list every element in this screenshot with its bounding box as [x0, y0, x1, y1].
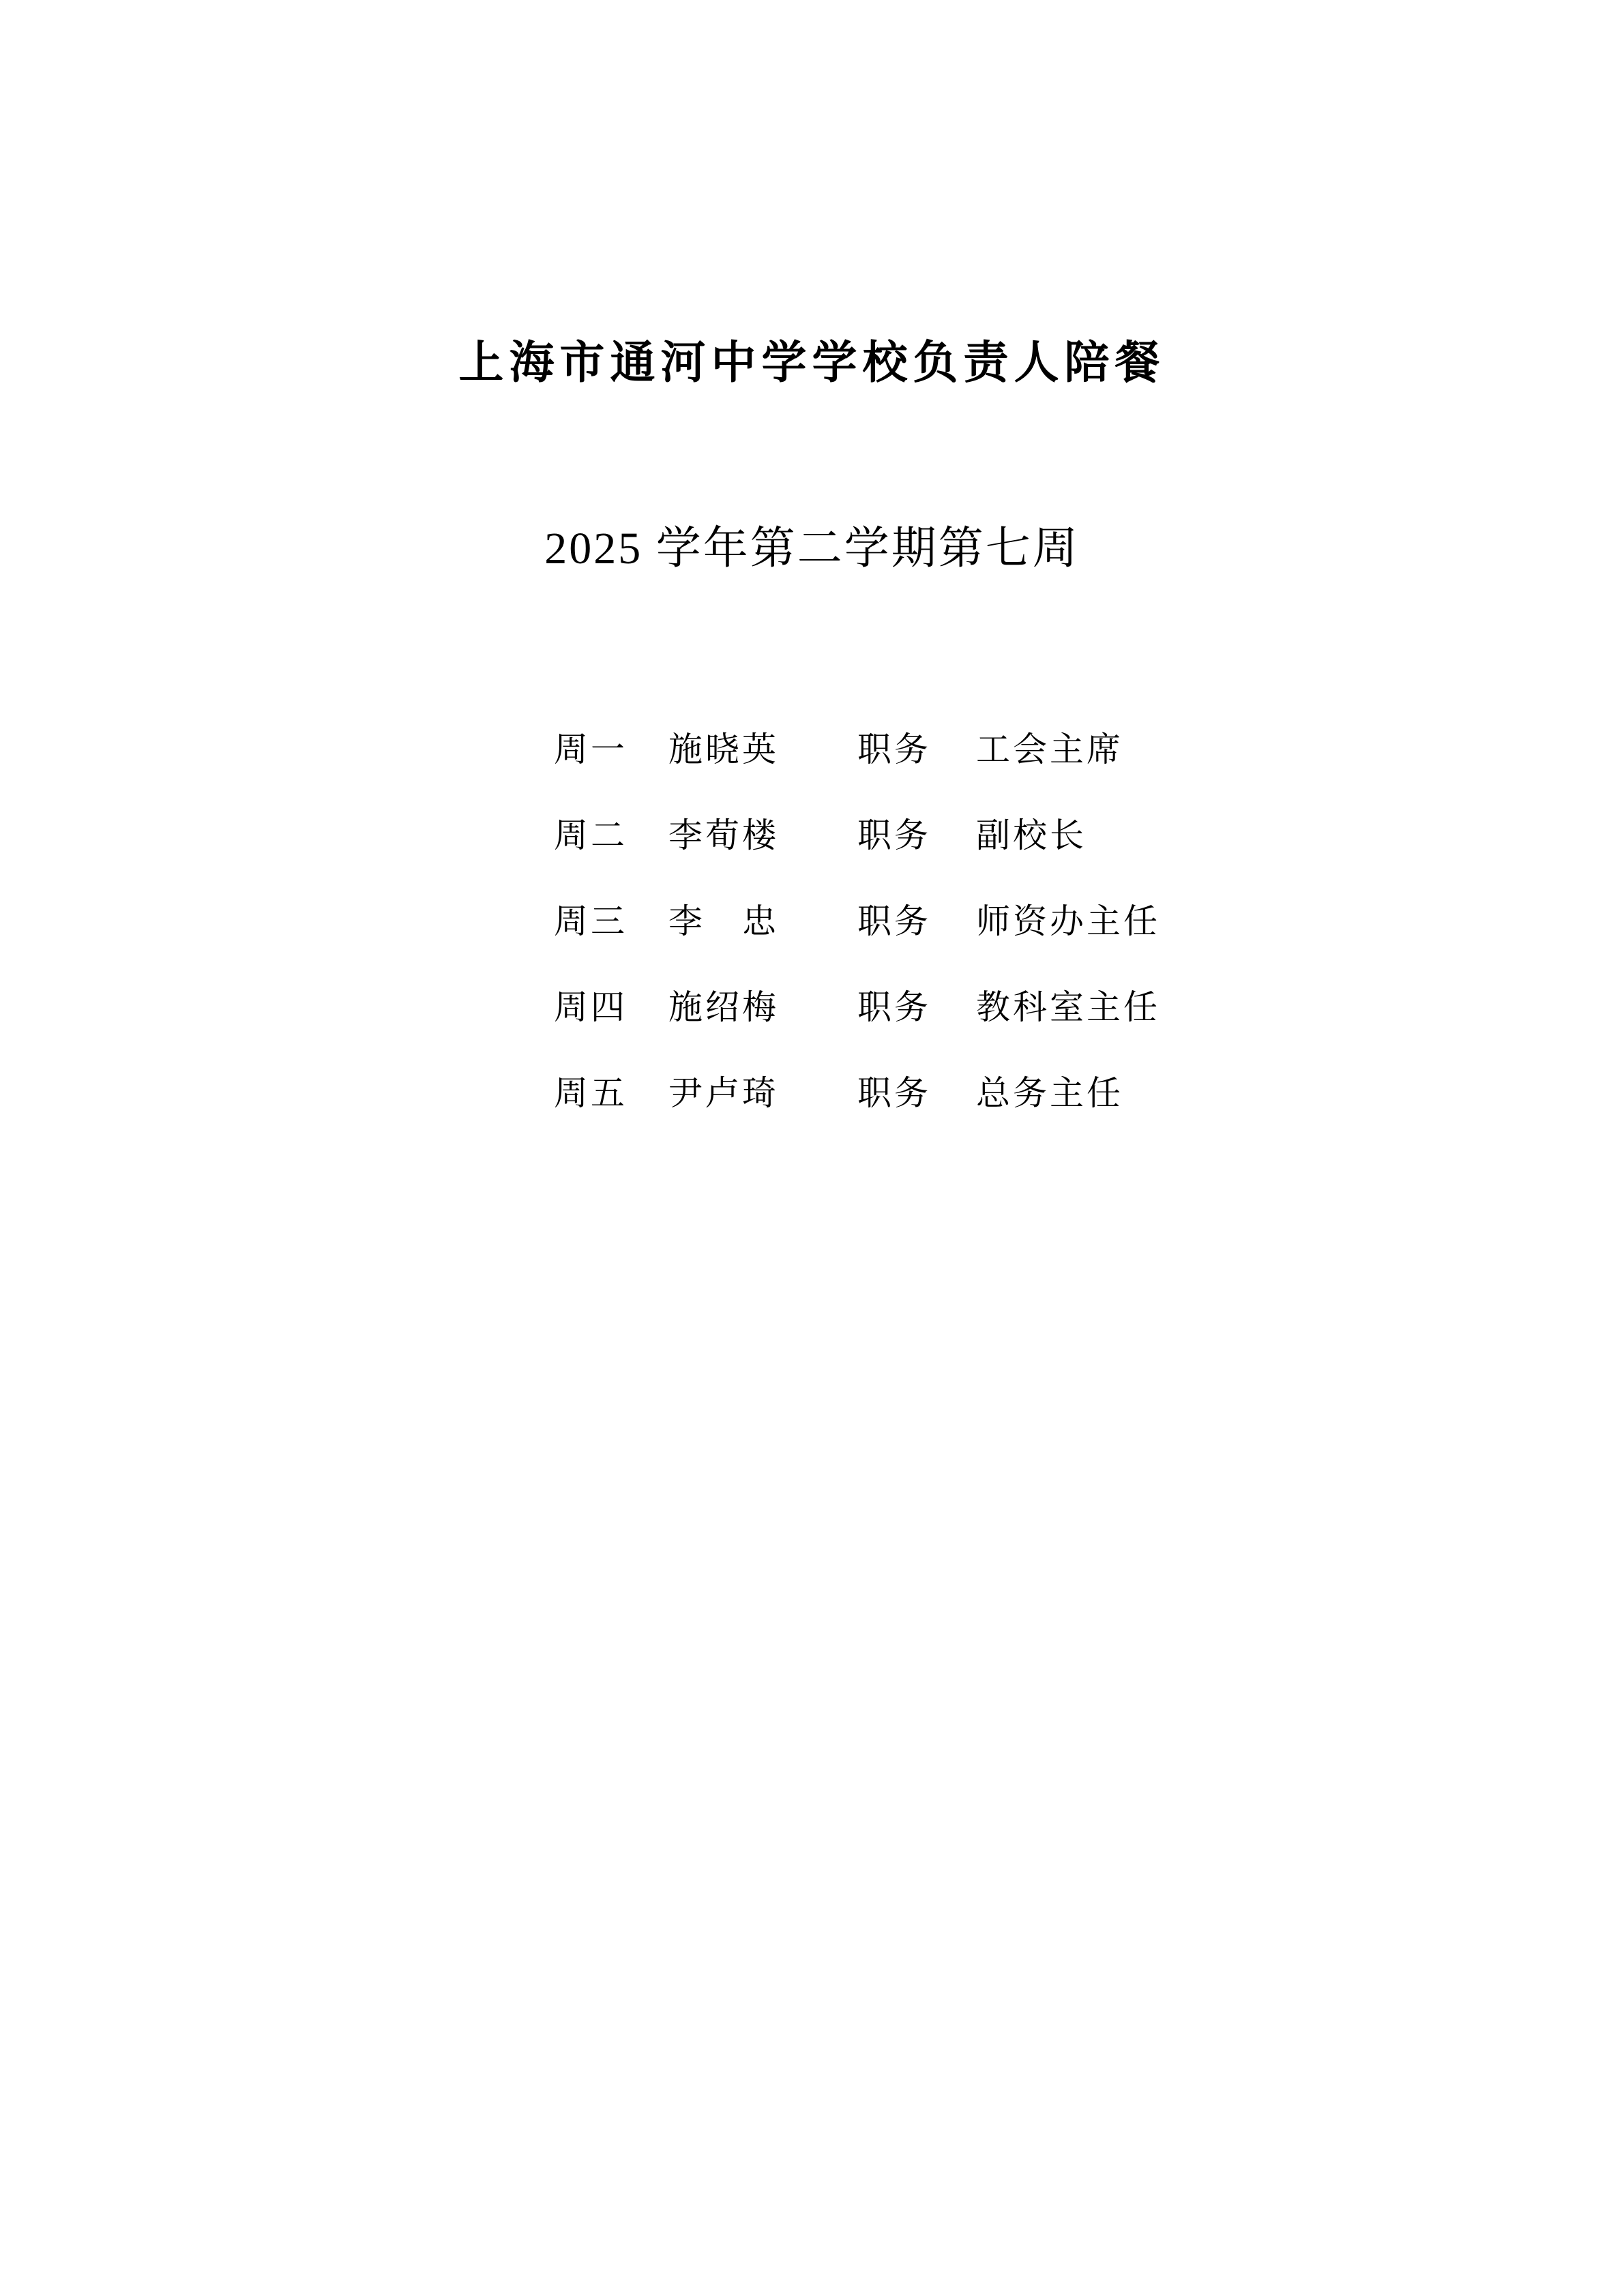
- schedule-row-monday: 周一 施晓英 职务 工会主席: [554, 706, 1624, 792]
- day-label: 周二: [554, 792, 668, 878]
- document-subtitle: 2025 学年第二学期第七周: [0, 526, 1624, 571]
- position-title: 总务主任: [976, 1050, 1624, 1136]
- position-title: 副校长: [976, 792, 1624, 878]
- position-field-label: 职务: [857, 792, 976, 878]
- person-name: 李 忠: [668, 878, 857, 964]
- document-title: 上海市通河中学学校负责人陪餐: [0, 341, 1624, 386]
- schedule-row-friday: 周五 尹卢琦 职务 总务主任: [554, 1050, 1624, 1136]
- day-label: 周三: [554, 878, 668, 964]
- schedule-list: 周一 施晓英 职务 工会主席 周二 李荀楼 职务 副校长 周三 李 忠 职务 师…: [554, 706, 1624, 1136]
- position-field-label: 职务: [857, 706, 976, 792]
- position-field-label: 职务: [857, 964, 976, 1050]
- schedule-row-thursday: 周四 施绍梅 职务 教科室主任: [554, 964, 1624, 1050]
- position-title: 师资办主任: [976, 878, 1624, 964]
- person-name: 李荀楼: [668, 792, 857, 878]
- day-label: 周五: [554, 1050, 668, 1136]
- person-name: 施晓英: [668, 706, 857, 792]
- person-name: 施绍梅: [668, 964, 857, 1050]
- position-field-label: 职务: [857, 878, 976, 964]
- person-name: 尹卢琦: [668, 1050, 857, 1136]
- position-title: 工会主席: [976, 706, 1624, 792]
- position-title: 教科室主任: [976, 964, 1624, 1050]
- day-label: 周一: [554, 706, 668, 792]
- position-field-label: 职务: [857, 1050, 976, 1136]
- schedule-row-wednesday: 周三 李 忠 职务 师资办主任: [554, 878, 1624, 964]
- schedule-row-tuesday: 周二 李荀楼 职务 副校长: [554, 792, 1624, 878]
- document-page: 上海市通河中学学校负责人陪餐 2025 学年第二学期第七周 周一 施晓英 职务 …: [0, 0, 1624, 2296]
- day-label: 周四: [554, 964, 668, 1050]
